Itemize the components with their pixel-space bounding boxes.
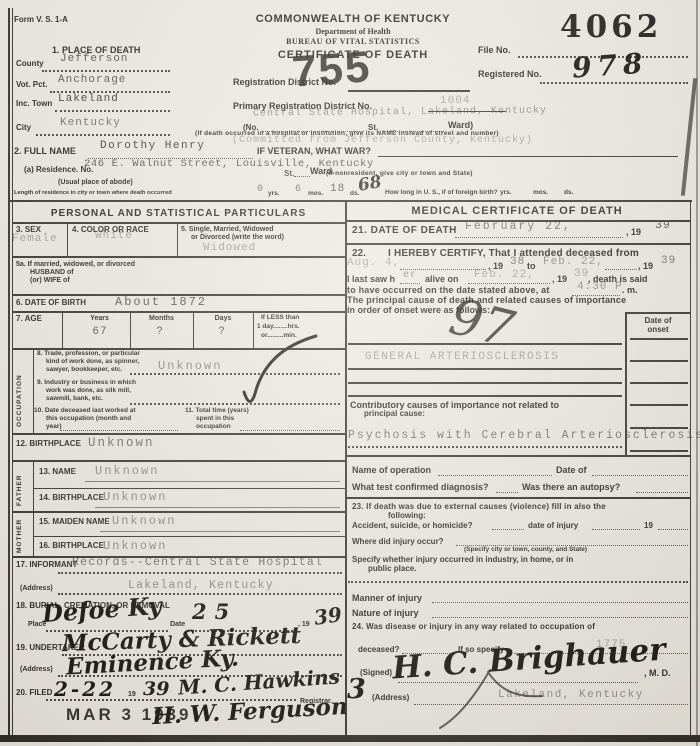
occupation-r9-line2: work was done, as silk mill, xyxy=(46,388,131,395)
father-divider xyxy=(34,488,345,489)
committed-note: (Committed from Jefferson County, Kentuc… xyxy=(232,136,533,146)
residence-label: (a) Residence. No. xyxy=(24,166,93,174)
birthplace-value: Unknown xyxy=(88,437,155,450)
handwritten-checkmark xyxy=(228,332,320,410)
color-race-value: White xyxy=(95,231,133,242)
foreign-mos-label: mos. xyxy=(533,190,548,197)
married-widowed-label-3: (or) WIFE of xyxy=(30,277,70,284)
burial-date-value: 25 xyxy=(192,601,237,622)
sex-color-divider xyxy=(67,222,68,256)
saw-year-value: 39 xyxy=(574,269,589,280)
length-ds-value: 18 xyxy=(330,184,345,195)
injury-date-line xyxy=(592,529,640,530)
onset-label-2: onset xyxy=(628,326,688,334)
saw-year-prefix: , 19 xyxy=(552,275,567,284)
personal-title-rule xyxy=(12,222,345,224)
occupation-r11-line xyxy=(240,430,340,431)
age-label: 7. AGE xyxy=(16,315,42,323)
sex-value: Female xyxy=(12,234,58,245)
certificate-number-stamp: 4062 xyxy=(560,12,662,43)
test-label: What test confirmed diagnosis? xyxy=(352,483,489,492)
contributory-line xyxy=(348,446,622,448)
filed-year: 39 xyxy=(143,680,169,699)
age-years-value: 67 xyxy=(80,327,120,338)
age-divider-2 xyxy=(130,311,131,348)
occupation-r9-line1: 9. Industry or business in which xyxy=(37,380,136,387)
cause-section-bottom xyxy=(345,455,690,457)
age-less-line1: If LESS than xyxy=(261,315,299,322)
father-name-value: Unknown xyxy=(95,465,159,477)
length-mos-label: mos. xyxy=(308,191,323,198)
right-border xyxy=(690,200,691,737)
cause-line-2 xyxy=(348,368,622,370)
age-days-header: Days xyxy=(196,315,250,322)
date-of-birth-value: About 1872 xyxy=(115,296,207,308)
injury-date-label: date of injury xyxy=(528,522,578,530)
informant-address-label: (Address) xyxy=(20,585,53,592)
nature-of-injury-line xyxy=(432,617,688,618)
nonresident-note: (If nonresident, give city or town and S… xyxy=(326,171,473,178)
father-birthplace-value: Unknown xyxy=(103,491,167,503)
foreign-yrs-label: yrs. xyxy=(500,190,512,197)
occupation-related-text: 24. Was disease or injury in any way rel… xyxy=(352,623,595,631)
occupation-r10-line2: this occupation (month and xyxy=(46,416,131,423)
occupation-r11-line2: spent in this xyxy=(196,416,234,423)
row23-top-rule xyxy=(345,497,690,499)
foreign-ds-label: ds. xyxy=(564,190,573,197)
from-year-value: 38 xyxy=(510,257,525,268)
occupation-r8-line3: sawyer, bookkeeper, etc. xyxy=(46,367,122,374)
injury-year-prefix: 19 xyxy=(644,522,653,530)
attended-to-date: Feb. 22, xyxy=(543,257,604,268)
occupation-r8-line2: kind of work done, as spinner, xyxy=(46,359,139,366)
age-divider-1 xyxy=(62,311,63,348)
vot-pct-label: Vot. Pct. xyxy=(16,81,47,89)
vot-pct-value: Anchorage xyxy=(58,75,126,86)
mother-name-label: 15. MAIDEN NAME xyxy=(39,518,110,526)
residence-st-label: St. xyxy=(284,170,294,178)
attended-from-date: Aug. 4, xyxy=(347,258,400,269)
right-page-edge xyxy=(696,0,698,746)
veteran-label: IF VETERAN, WHAT WAR? xyxy=(257,147,371,156)
onset-line-6 xyxy=(630,450,688,452)
cause-hw-mark: 97 xyxy=(445,291,519,355)
death-certificate-scan: Form V. S. 1-A 1. PLACE OF DEATH County … xyxy=(0,0,700,746)
manner-of-injury-line xyxy=(432,602,688,603)
to-year-prefix: , 19 xyxy=(638,262,653,271)
city-value: Kentucky xyxy=(60,118,121,129)
filed-year-prefix: 19 xyxy=(128,691,136,698)
occupation-bottom-rule xyxy=(12,433,345,435)
length-hw-mark: 68 xyxy=(357,174,383,195)
occupation-side-label: OCCUPATION xyxy=(17,355,24,427)
informant-label: 17. INFORMANT xyxy=(16,561,77,569)
physician-address-label: (Address) xyxy=(372,694,409,702)
institution-value: Central State Hospital, Lakeland, Kentuc… xyxy=(253,106,547,119)
occupation-r10-line xyxy=(60,430,178,431)
nature-of-injury-label: Nature of injury xyxy=(352,609,419,618)
onset-line-2 xyxy=(630,360,688,362)
specify-text-2: public place. xyxy=(368,565,416,573)
death-time-value: 4:30 P xyxy=(577,282,623,293)
onset-line-3 xyxy=(630,382,688,384)
length-residence-label: Length of residence in city or town wher… xyxy=(14,190,172,196)
occupation-r8-line1: 8. Trade, profession, or particular xyxy=(37,351,140,358)
left-border-inner xyxy=(12,8,13,738)
mother-name-value: Unknown xyxy=(112,515,176,527)
inc-town-value: Lakeland xyxy=(58,94,119,105)
city-label: City xyxy=(16,124,31,132)
county-value: Jefferson xyxy=(60,54,128,65)
row12-bottom-rule xyxy=(12,460,345,462)
father-bottom-rule xyxy=(12,511,345,513)
onset-line-4 xyxy=(630,404,688,406)
attended-to-line xyxy=(605,269,637,270)
row5-bottom-rule xyxy=(12,256,345,258)
left-border-outer xyxy=(8,8,10,738)
contributory-label-2: principal cause: xyxy=(364,410,425,418)
injury-year-line xyxy=(658,529,688,530)
age-less-line2: 1 day........hrs. xyxy=(257,324,300,331)
dod-year-value: 39 xyxy=(655,220,671,232)
father-name-label: 13. NAME xyxy=(39,468,76,476)
mother-side-box xyxy=(33,511,34,556)
reg-district-stamp: 755 xyxy=(291,45,373,94)
marital-label-1: 5. Single, Married, Widowed xyxy=(181,226,274,233)
autopsy-label: Was there an autopsy? xyxy=(522,483,620,492)
row21-bottom-rule xyxy=(345,243,690,245)
scan-crease xyxy=(681,78,697,196)
full-name-label: 2. FULL NAME xyxy=(14,147,76,156)
burial-place-value: Defoe Ky xyxy=(41,594,162,626)
cause-line-4 xyxy=(348,395,622,397)
mother-side-label: MOTHER xyxy=(17,515,24,553)
veteran-line xyxy=(378,156,678,157)
date-of-death-line xyxy=(455,237,623,238)
corner-hw-mark: 3 xyxy=(347,676,366,703)
filed-label: 20. FILED xyxy=(16,689,52,697)
operation-line xyxy=(438,475,552,476)
principal-cause-value: GENERAL ARTERIOSCLEROSIS xyxy=(365,352,559,363)
length-yrs-label: yrs. xyxy=(268,191,280,198)
undertaker-address-label: (Address) xyxy=(20,666,53,673)
external-causes-text-2: following: xyxy=(388,512,426,520)
registered-no-line xyxy=(540,82,688,84)
contributory-value: Psychosis with Cerebral Arteriosclerosis xyxy=(348,430,700,442)
county-line xyxy=(42,70,170,72)
age-months-header: Months xyxy=(133,315,190,322)
last-saw-her-line xyxy=(400,283,420,284)
informant-value: Records--Central State Hospital xyxy=(72,557,323,569)
occupation-r9-line3: sawmill, bank, etc. xyxy=(46,396,103,403)
informant-address-value: Lakeland, Kentucky xyxy=(128,580,274,592)
inc-town-line xyxy=(55,110,170,112)
length-ds-label: ds. xyxy=(350,191,359,198)
age-months-value: ? xyxy=(140,327,180,338)
city-line xyxy=(36,134,170,136)
department-line: Department of Health xyxy=(233,28,473,36)
residence-st-line xyxy=(294,176,310,177)
birthplace-label: 12. BIRTHPLACE xyxy=(16,440,81,448)
registered-no-value: 978 xyxy=(571,49,649,82)
bottom-bar xyxy=(0,735,700,742)
informant-line xyxy=(58,572,342,574)
mother-divider xyxy=(34,536,345,537)
full-name-value: Dorothy Henry xyxy=(100,141,205,152)
father-birthplace-label: 14. BIRTHPLACE xyxy=(39,494,104,502)
occupation-r10-line1: 10. Date deceased last worked at xyxy=(34,408,136,415)
header-bottom-rule xyxy=(8,200,692,202)
father-bp-writeline xyxy=(95,507,340,508)
where-injury-label: Where did injury occur? xyxy=(352,538,444,546)
registered-no-label: Registered No. xyxy=(478,70,542,79)
color-marital-divider xyxy=(177,222,178,256)
last-saw-text-2: alive on xyxy=(425,275,459,284)
date-of-death-value: February 22, xyxy=(465,221,572,233)
commonwealth-title: COMMONWEALTH OF KENTUCKY xyxy=(233,14,473,26)
length-yrs-value: 0 xyxy=(257,185,264,195)
operation-label: Name of operation xyxy=(352,466,431,475)
last-saw-date: Feb. 22, xyxy=(474,270,535,281)
md-label: , M. D. xyxy=(644,669,671,678)
operation-date-label: Date of xyxy=(556,466,587,475)
last-saw-her: er xyxy=(403,271,417,281)
last-saw-text-1: I last saw h xyxy=(347,275,395,284)
onset-line-1 xyxy=(630,338,688,340)
last-saw-line xyxy=(468,283,550,284)
file-no-label: File No. xyxy=(478,46,511,55)
medical-title: MEDICAL CERTIFICATE OF DEATH xyxy=(347,206,687,218)
accident-line xyxy=(492,529,524,530)
mother-birthplace-value: Unknown xyxy=(103,540,167,552)
accident-label: Accident, suicide, or homicide? xyxy=(352,522,472,530)
signature-tail-flourish xyxy=(430,668,550,732)
father-side-box xyxy=(33,460,34,511)
length-mos-value: 6 xyxy=(295,185,302,195)
abode-note: (Usual place of abode) xyxy=(58,179,133,186)
mother-birthplace-label: 16. BIRTHPLACE xyxy=(39,542,104,550)
age-years-header: Years xyxy=(72,315,127,322)
specify-blank-line xyxy=(348,581,688,583)
test-line xyxy=(496,492,518,493)
mother-name-writeline xyxy=(100,531,340,532)
county-label: County xyxy=(16,60,44,68)
marital-value: Widowed xyxy=(203,243,256,254)
filed-date: 2-22 xyxy=(54,679,116,699)
foreign-birth-label: How long in U. S., if of foreign birth? xyxy=(385,190,498,197)
where-injury-note: (Specify city or town, county, and State… xyxy=(464,547,587,554)
age-divider-3 xyxy=(193,311,194,348)
inc-town-label: Inc. Town xyxy=(16,100,52,108)
dod-year-prefix: , 19 xyxy=(626,228,641,237)
married-widowed-label-2: HUSBAND of xyxy=(30,269,74,276)
cause-line-3 xyxy=(348,382,622,384)
to-year-value: 39 xyxy=(661,256,676,267)
manner-of-injury-label: Manner of injury xyxy=(352,594,422,603)
married-widowed-label-1: 5a. If married, widowed, or divorced xyxy=(16,261,135,268)
personal-title: PERSONAL AND STATISTICAL PARTICULARS xyxy=(12,209,345,220)
marital-label-2: or Divorced (write the word) xyxy=(191,234,284,241)
onset-box-top xyxy=(625,312,690,314)
father-name-writeline xyxy=(85,481,340,482)
occupation-r11-line3: occupation xyxy=(196,424,231,431)
occupation-r8-value: Unknown xyxy=(158,360,222,372)
form-number: Form V. S. 1-A xyxy=(14,16,68,24)
father-side-label: FATHER xyxy=(17,466,24,506)
date-of-death-label: 21. DATE OF DEATH xyxy=(352,226,457,237)
occupation-side-box xyxy=(33,348,34,433)
operation-date-line xyxy=(592,475,688,476)
autopsy-line xyxy=(636,492,688,493)
date-of-birth-label: 6. DATE OF BIRTH xyxy=(16,299,86,307)
burial-year-value: 39 xyxy=(313,604,343,628)
